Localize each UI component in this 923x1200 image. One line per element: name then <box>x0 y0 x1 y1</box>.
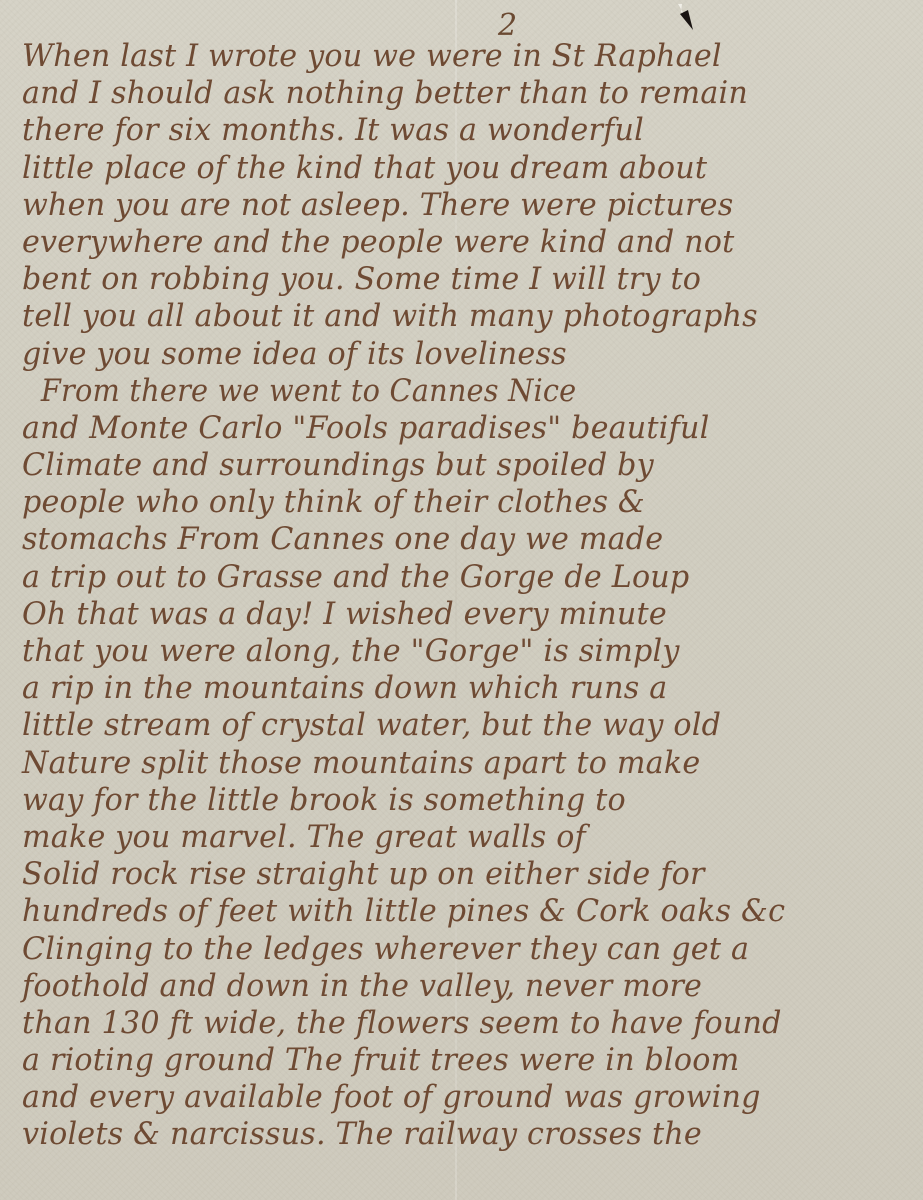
letter-line: a trip out to Grasse and the Gorge de Lo… <box>22 559 902 596</box>
letter-line: little stream of crystal water, but the … <box>22 707 902 744</box>
letter-line: way for the little brook is something to <box>22 782 902 819</box>
letter-line: than 130 ft wide, the flowers seem to ha… <box>22 1005 902 1042</box>
letter-line: foothold and down in the valley, never m… <box>22 968 902 1005</box>
letter-line: give you some idea of its loveliness <box>22 336 902 373</box>
letter-line: that you were along, the "Gorge" is simp… <box>22 633 902 670</box>
torn-corner-icon <box>676 4 696 32</box>
letter-line: and every available foot of ground was g… <box>22 1079 902 1116</box>
letter-line: and Monte Carlo "Fools paradises" beauti… <box>22 410 902 447</box>
letter-line: Clinging to the ledges wherever they can… <box>22 931 902 968</box>
letter-line: when you are not asleep. There were pict… <box>22 187 902 224</box>
letter-line: everywhere and the people were kind and … <box>22 224 902 261</box>
letter-line: people who only think of their clothes & <box>22 484 902 521</box>
letter-line: a rioting ground The fruit trees were in… <box>22 1042 902 1079</box>
letter-line: violets & narcissus. The railway crosses… <box>22 1116 902 1153</box>
letter-line: Climate and surroundings but spoiled by <box>22 447 902 484</box>
letter-line: hundreds of feet with little pines & Cor… <box>22 893 902 930</box>
letter-line: When last I wrote you we were in St Raph… <box>22 38 902 75</box>
letter-line: From there we went to Cannes Nice <box>22 373 862 410</box>
letter-line: stomachs From Cannes one day we made <box>22 521 902 558</box>
letter-line: a rip in the mountains down which runs a <box>22 670 902 707</box>
letter-line: and I should ask nothing better than to … <box>22 75 902 112</box>
letter-page: 2 When last I wrote you we were in St Ra… <box>0 0 923 1200</box>
letter-line: Solid rock rise straight up on either si… <box>22 856 902 893</box>
letter-line: tell you all about it and with many phot… <box>22 298 902 335</box>
letter-line: Nature split those mountains apart to ma… <box>22 745 902 782</box>
letter-line: little place of the kind that you dream … <box>22 150 902 187</box>
letter-body: When last I wrote you we were in St Raph… <box>22 38 912 1154</box>
letter-line: there for six months. It was a wonderful <box>22 112 902 149</box>
letter-line: bent on robbing you. Some time I will tr… <box>22 261 902 298</box>
letter-line: make you marvel. The great walls of <box>22 819 902 856</box>
letter-line: Oh that was a day! I wished every minute <box>22 596 902 633</box>
